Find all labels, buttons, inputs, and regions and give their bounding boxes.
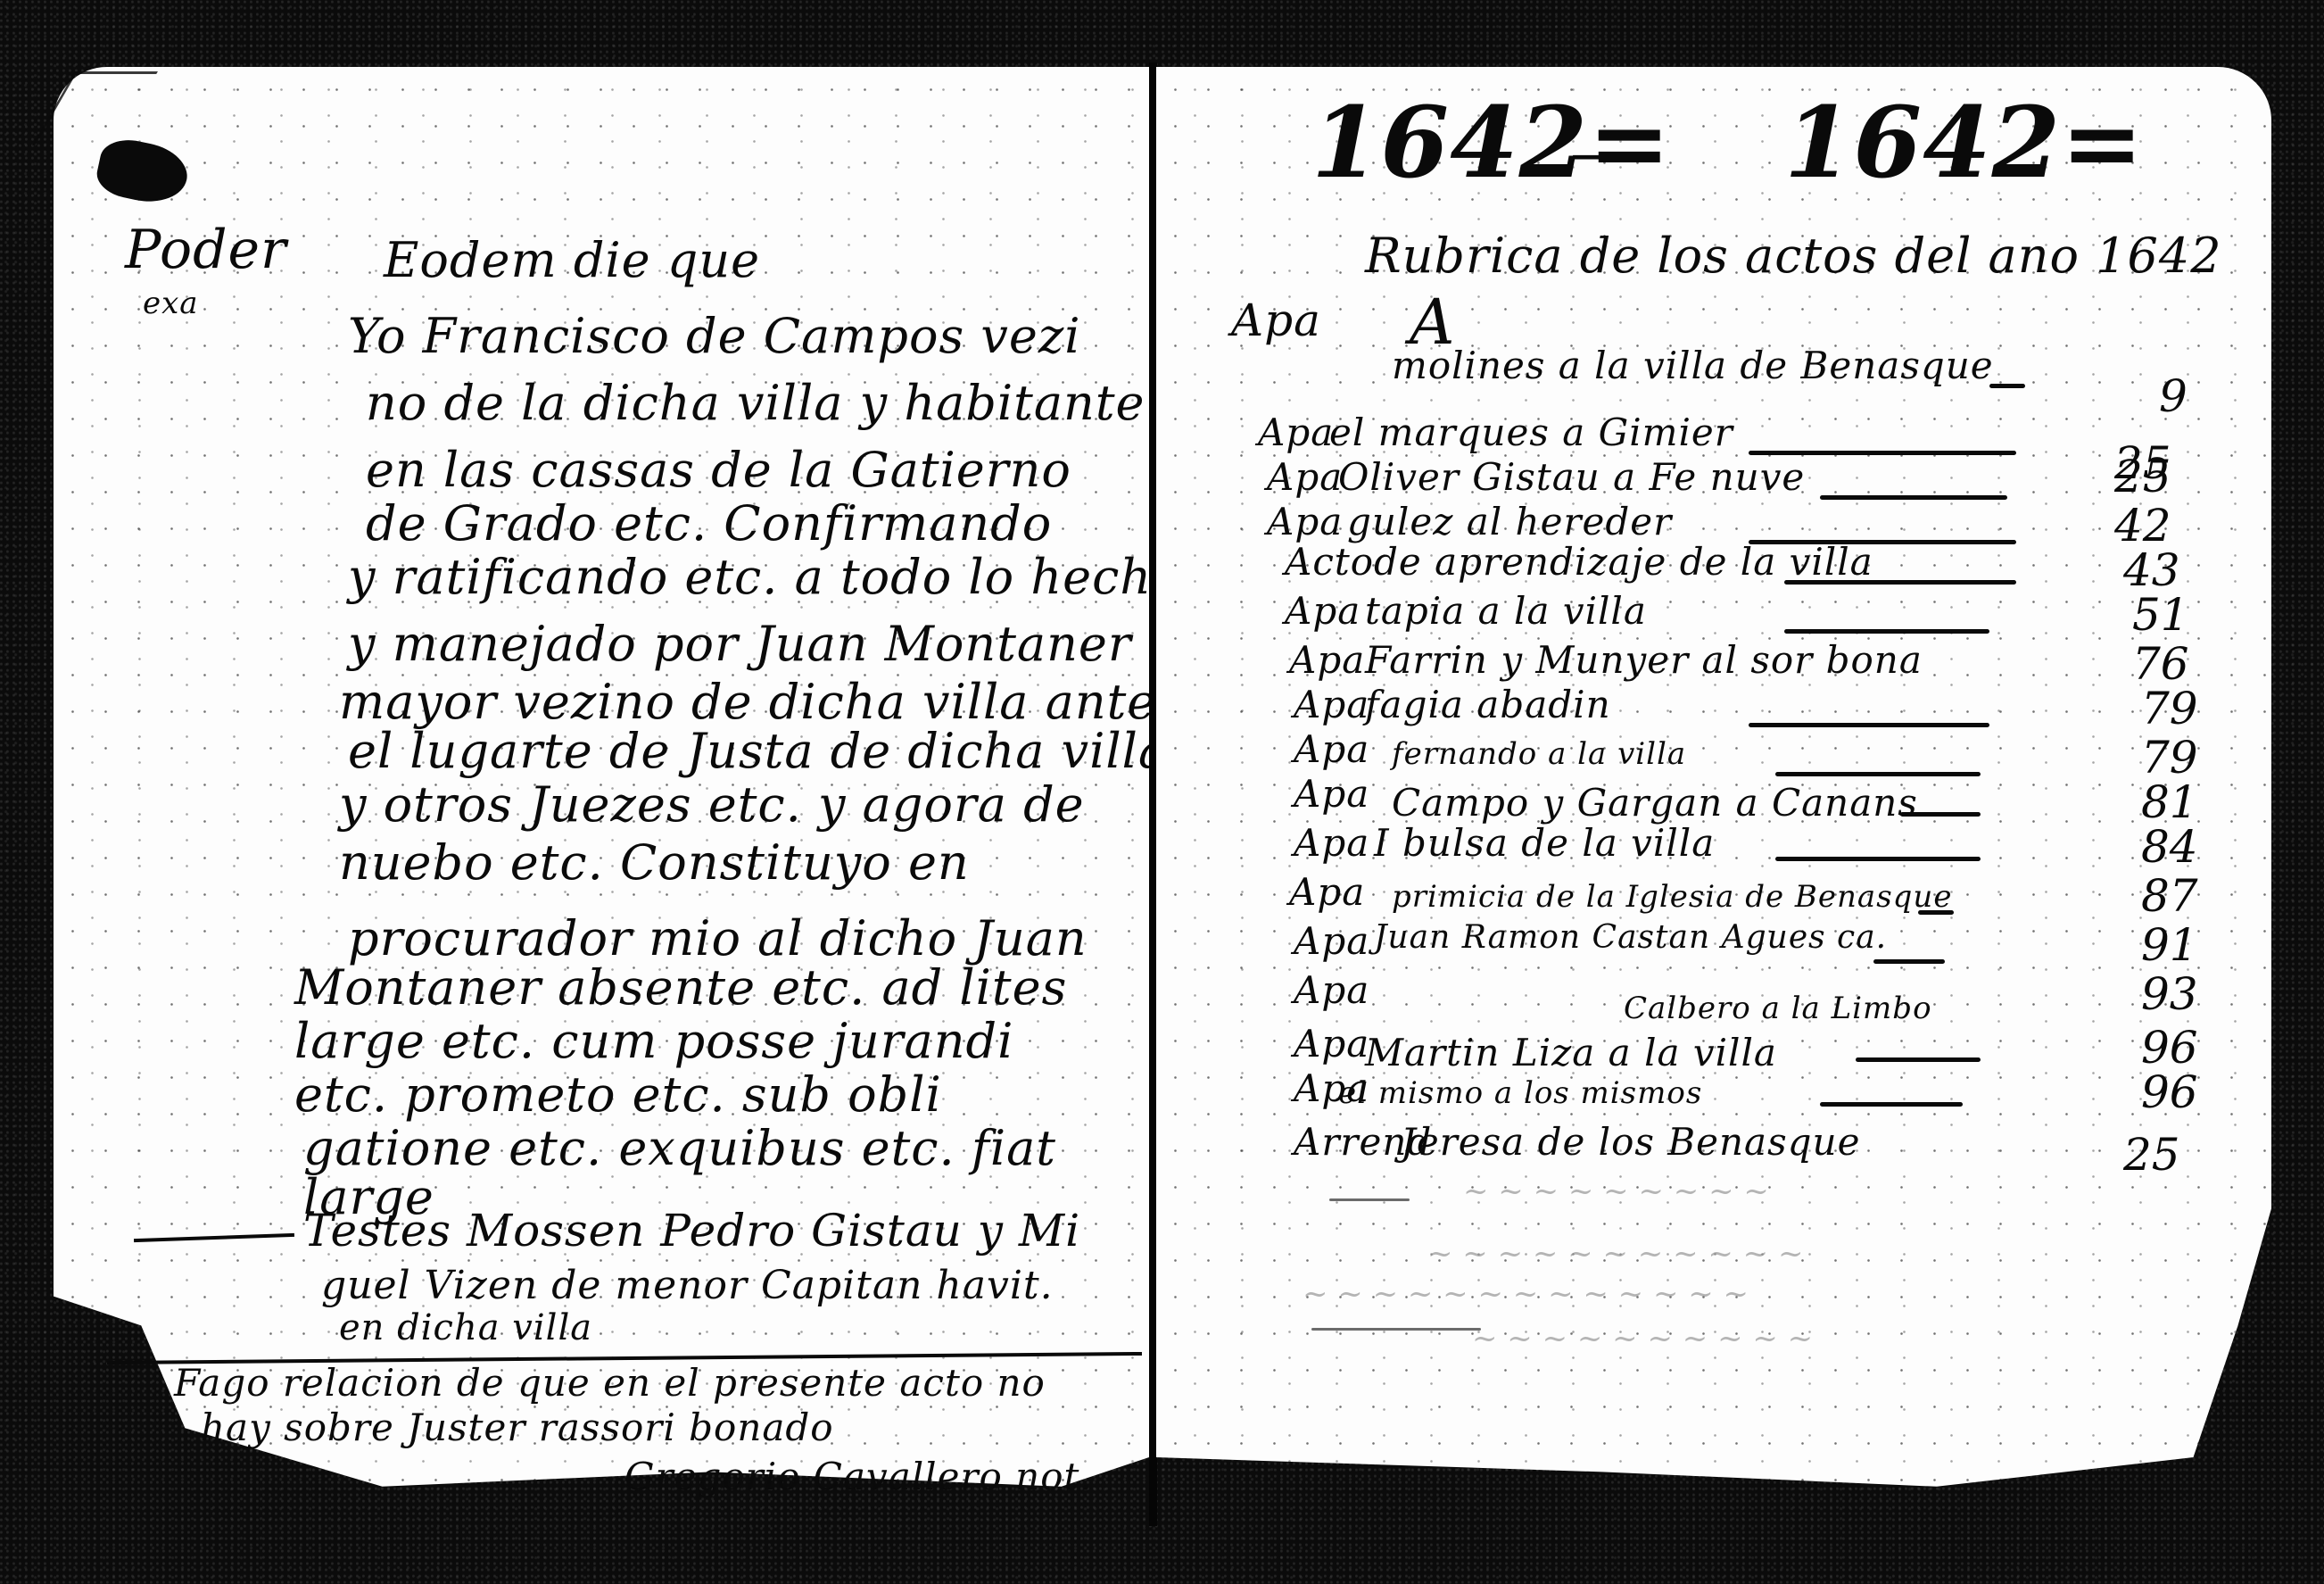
body-line: procurador mio al dicho Juan	[348, 910, 1088, 966]
body-line: y otros Juezes etc. y agora de	[339, 776, 1085, 833]
entry-prefix: Apa	[1294, 919, 1369, 963]
footer-line: hay sobre Juster rassori bonado	[201, 1406, 834, 1449]
body-line: el lugarte de Justa de dicha villa	[348, 723, 1168, 779]
body-line: en las cassas de la Gatierno	[366, 442, 1071, 498]
witness-line: en dicha villa	[339, 1307, 592, 1348]
body-line: Eodem die que	[384, 232, 760, 288]
body-line: y ratificando etc. a todo lo hecho	[348, 549, 1182, 605]
bleed-through-line: ~ ~ ~ ~ ~ ~ ~ ~ ~ ~ ~ ~ ~	[1303, 1276, 1749, 1312]
entry-text: gulez al hereder	[1347, 500, 1672, 543]
entry-text: Campo y Gargan a Canans	[1392, 781, 1918, 825]
first-entry-text: molines a la villa de Benasque	[1392, 344, 1994, 387]
body-line: mayor vezino de dicha villa ante	[339, 674, 1156, 730]
entry-text: Jeresa de los Benasque	[1401, 1120, 1860, 1164]
entry-text: fagia abadin	[1365, 683, 1611, 726]
body-line: de Grado etc. Confirmando	[366, 495, 1052, 551]
body-line: no de la dicha villa y habitante	[366, 375, 1145, 431]
body-line: y manejado por Juan Montaner	[348, 616, 1132, 672]
entry-prefix: Apa	[1294, 821, 1369, 865]
witness-line: guel Vizen de menor Capitan havit.	[321, 1263, 1054, 1308]
entry-page: 96	[2141, 1066, 2198, 1118]
entry-page: 93	[2141, 968, 2198, 1020]
entry-rule	[1918, 910, 1954, 915]
body-line: Montaner absente etc. ad lites	[294, 959, 1067, 1016]
entry-prefix: Apa	[1285, 589, 1360, 633]
entry-prefix: Apa	[1294, 683, 1369, 726]
year-cross: —	[1570, 116, 1633, 189]
entry-page: 25	[2123, 1129, 2180, 1181]
entry-page: 91	[2141, 919, 2198, 971]
entry-text: de aprendizaje de la villa	[1374, 540, 1873, 584]
entry-prefix: Acto	[1285, 540, 1374, 584]
first-entry-rule	[1989, 384, 2025, 388]
entry-prefix: Apa	[1267, 455, 1343, 499]
entry-rule	[1856, 1057, 1981, 1062]
entry-text: I bulsa de la villa	[1374, 821, 1715, 865]
body-line: etc. prometo etc. sub obli	[294, 1066, 942, 1123]
index-heading: Rubrica de los actos del ano 1642	[1365, 228, 2222, 284]
entry-page: 51	[2132, 589, 2189, 641]
entry-page: 87	[2141, 870, 2198, 922]
entry-page: 25	[2114, 451, 2171, 502]
body-line: nuebo etc. Constituyo en	[339, 834, 970, 891]
entry-text: Martin Liza a la villa	[1365, 1031, 1777, 1074]
entry-rule	[1784, 629, 1989, 634]
entry-rule	[1900, 812, 1981, 817]
witness-line: Testes Mossen Pedro Gistau y Mi	[303, 1205, 1080, 1256]
entry-prefix: Apa	[1294, 968, 1369, 1012]
body-line: gatione etc. exquibus etc. fiat	[303, 1120, 1056, 1176]
entry-text: Oliver Gistau a Fe nuve	[1338, 455, 1805, 499]
first-entry-page: 9	[2159, 370, 2188, 422]
body-line: Yo Francisco de Campos vezi	[348, 308, 1081, 364]
faded-rule	[1311, 1328, 1481, 1331]
bleed-through-line: ~ ~ ~ ~ ~ ~ ~ ~ ~ ~ ~	[1427, 1236, 1803, 1272]
margin-note-sub: exa	[143, 286, 199, 321]
entry-rule	[1820, 1102, 1963, 1107]
entry-prefix: Apa	[1294, 772, 1369, 816]
entry-rule	[1784, 580, 2016, 585]
entry-page: 79	[2141, 683, 2198, 734]
bleed-through-line: ~ ~ ~ ~ ~ ~ ~ ~ ~ ~	[1472, 1321, 1813, 1356]
faded-rule	[1329, 1198, 1410, 1201]
margin-abbrev: Apa	[1231, 294, 1321, 346]
entry-text: Farrin y Munyer al sor bona	[1365, 638, 1923, 682]
entry-prefix: Apa	[1289, 870, 1365, 914]
notary-signature: Gregorio Cavallero not.	[624, 1455, 1093, 1498]
entry-text: Calbero a la Limbo	[1624, 991, 1932, 1026]
entry-prefix: Apa	[1267, 500, 1343, 543]
entry-rule	[1775, 772, 1981, 776]
entry-prefix: Apa	[1294, 727, 1369, 771]
entry-text: fernando a la villa	[1392, 736, 1686, 772]
entry-rule	[1820, 495, 2007, 500]
book-gutter	[1149, 62, 1157, 1526]
entry-prefix: Apa	[1289, 638, 1365, 682]
entry-text: Juan Ramon Castan Agues ca.	[1374, 919, 1887, 956]
entry-rule	[1873, 959, 1945, 964]
year-heading-right: 1642=	[1784, 85, 2144, 200]
entry-rule	[1775, 857, 1981, 861]
entry-text: tapia a la villa	[1365, 589, 1647, 633]
entry-prefix: Apa	[1258, 411, 1334, 454]
entry-text: el mismo a los mismos	[1338, 1075, 1702, 1111]
entry-page: 84	[2141, 821, 2198, 873]
margin-note: Poder	[125, 219, 287, 281]
body-line: large etc. cum posse jurandi	[294, 1013, 1013, 1069]
entry-prefix: Apa	[1294, 1022, 1369, 1066]
entry-rule	[1749, 723, 1989, 727]
footer-line: Fago relacion de que en el presente acto…	[174, 1361, 1046, 1405]
entry-text: el marques a Gimier	[1329, 411, 1733, 454]
bleed-through-line: ~ ~ ~ ~ ~ ~ ~ ~ ~	[1463, 1173, 1769, 1209]
entry-text: primicia de la Iglesia de Benasque	[1392, 879, 1952, 915]
